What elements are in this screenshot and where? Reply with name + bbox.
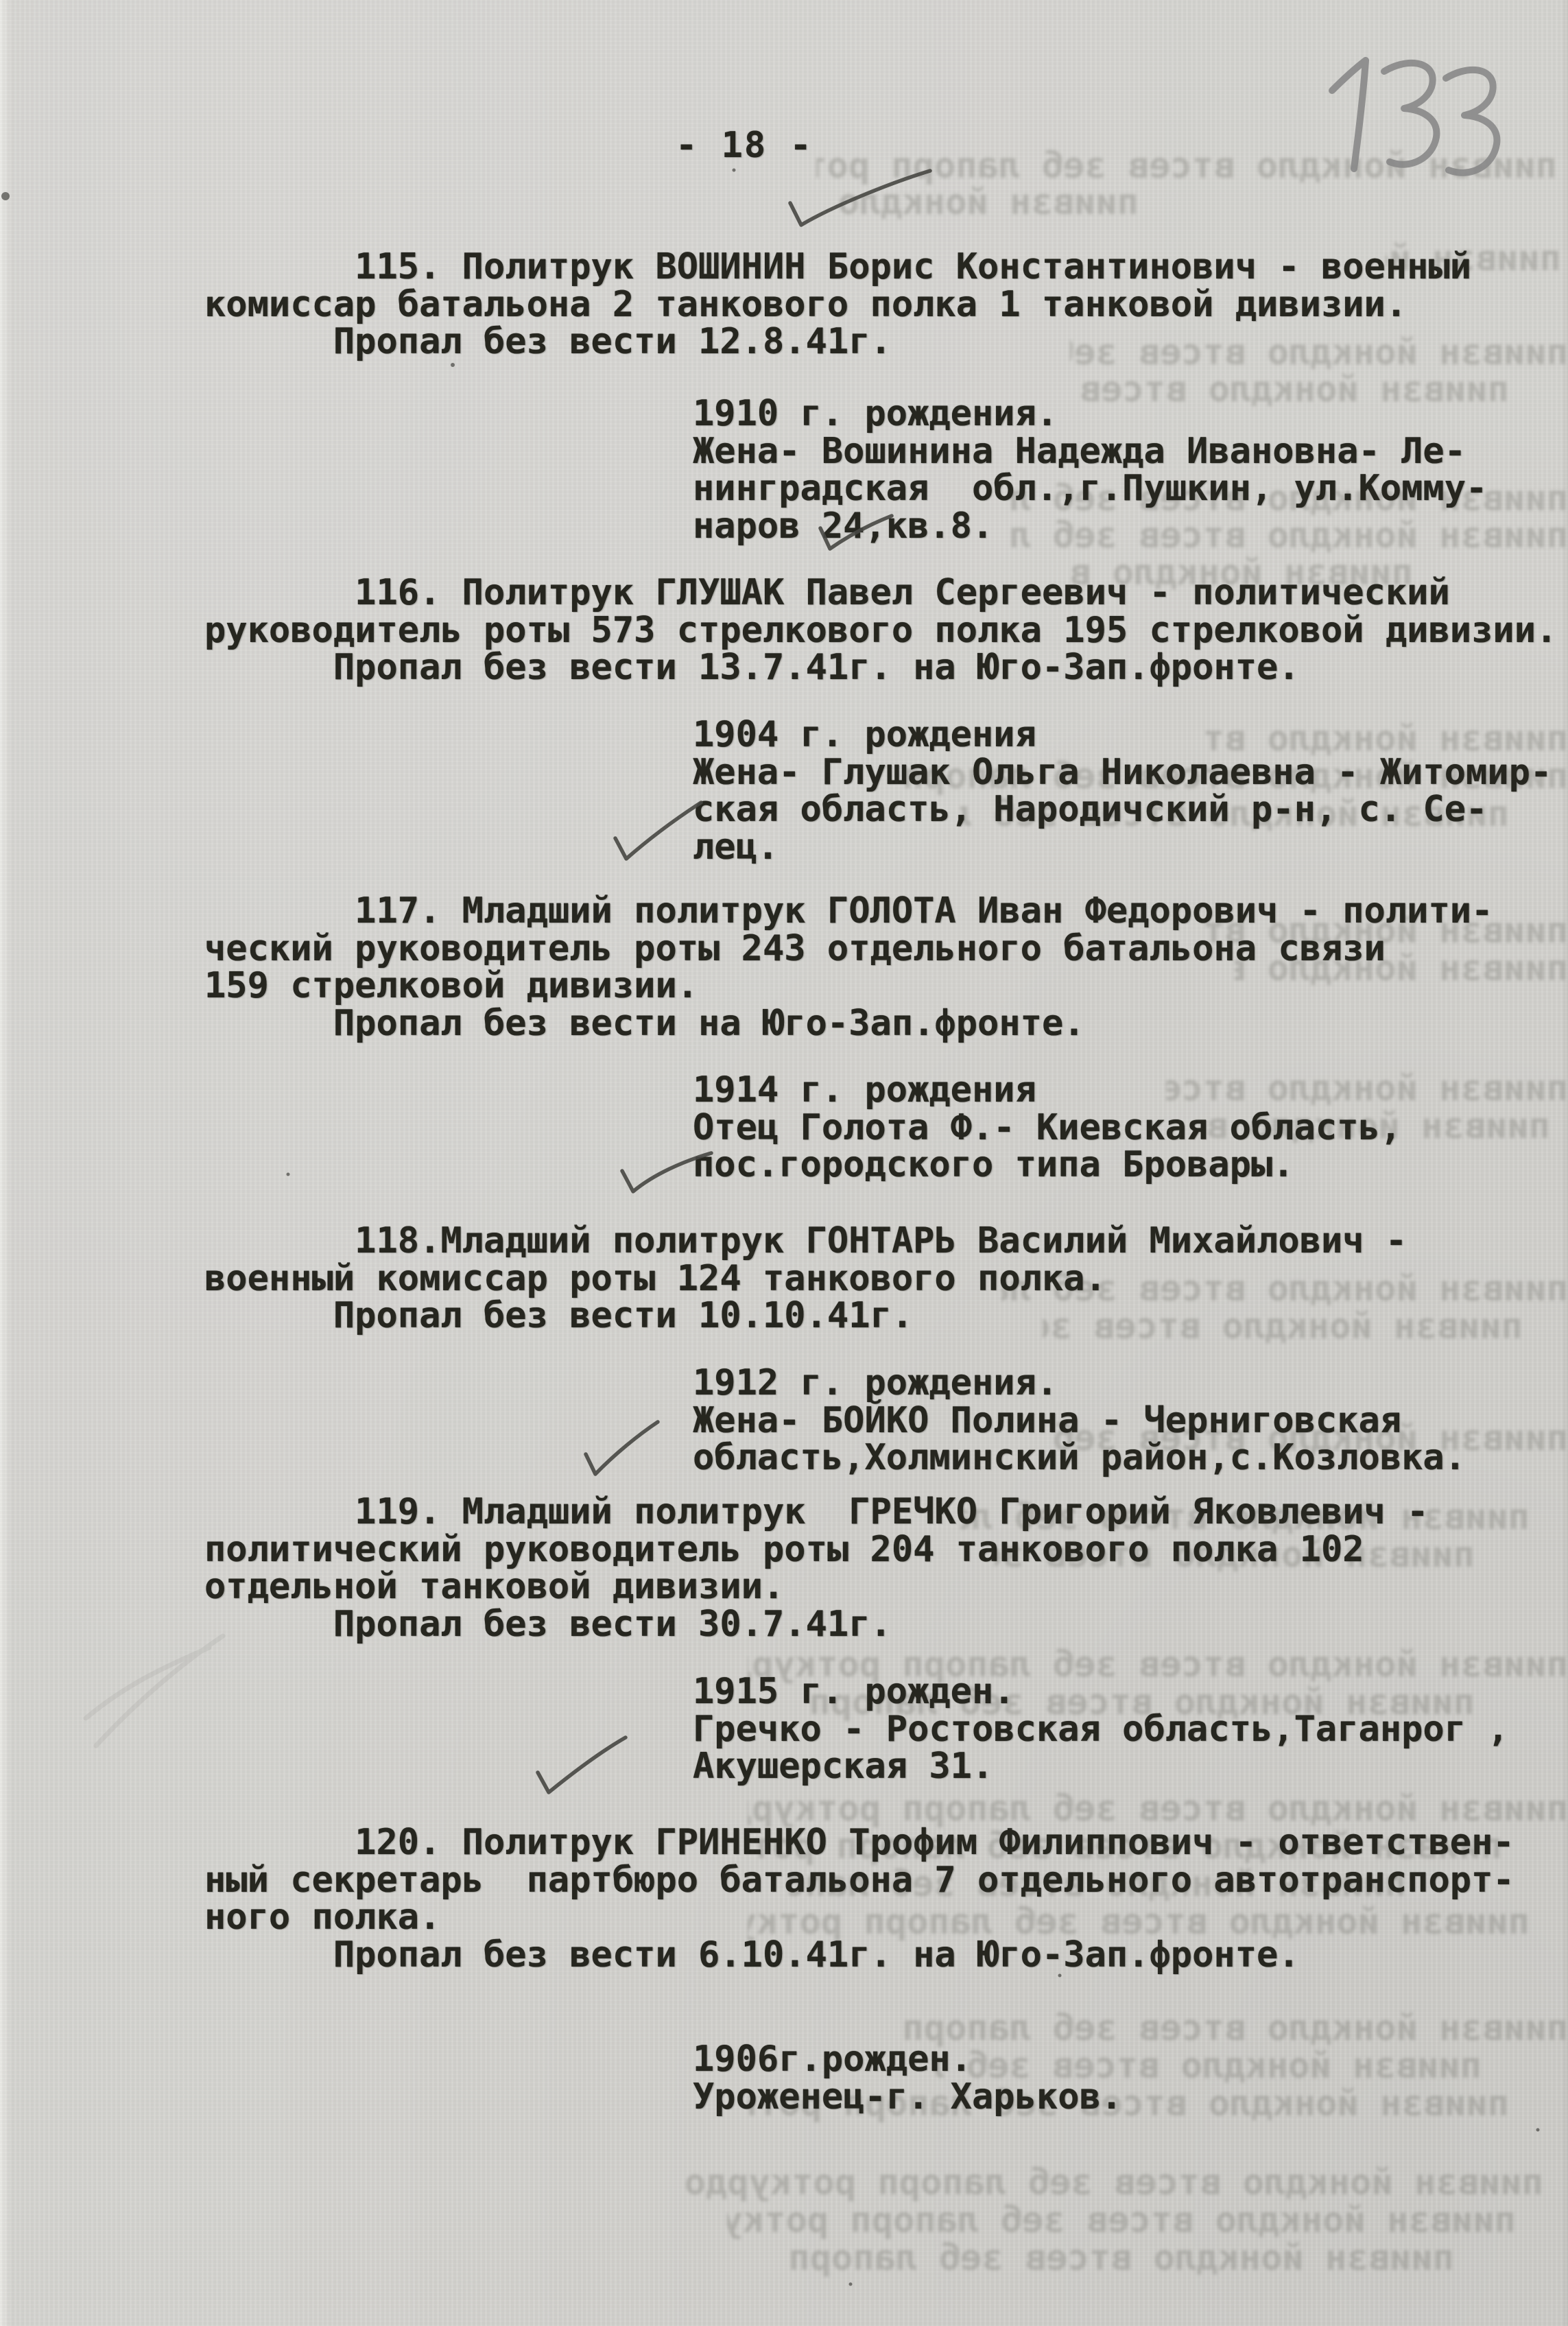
typed-line: ный секретарь партбюро батальона 7 отдел… [204,1862,1514,1899]
typed-line: 1915 г. рожден. [693,1673,1509,1711]
typed-line: Гречко - Ростовская область,Таганрог , [693,1711,1509,1748]
entry-117-head: 117. Младший политрук ГОЛОТА Иван Федоро… [204,892,1493,1042]
typed-line: 120. Политрук ГРИНЕНКО Трофим Филиппович… [204,1824,1514,1862]
entry-118-head: 118.Младший политрук ГОНТАРЬ Василий Мих… [204,1222,1407,1335]
typed-line: Уроженец-г. Харьков. [693,2078,1122,2116]
typed-line: ская область, Народичский р-н, с. Се- [693,791,1552,829]
typed-line: ного полка. [204,1899,1514,1936]
entry-120-head: 120. Политрук ГРИНЕНКО Трофим Филиппович… [204,1824,1514,1973]
typed-line: Пропал без вести 30.7.41г. [204,1606,1428,1643]
typed-line: 1906г.рожден. [693,2041,1122,2078]
typed-line: Отец Голота Ф.- Киевская область, [693,1109,1401,1147]
typed-line: пос.городского типа Бровары. [693,1146,1401,1184]
entry-120-detail: 1906г.рожден.Уроженец-г. Харьков. [693,2041,1122,2115]
typed-line: ческий руководитель роты 243 отдельного … [204,930,1493,968]
typed-line: руководитель роты 573 стрелкового полка … [204,612,1557,650]
typed-line: комиссар батальона 2 танкового полка 1 т… [204,286,1471,324]
typed-line: Пропал без вести 6.10.41г. на Юго-Зап.фр… [204,1936,1514,1974]
typed-line: Пропал без вести на Юго-Зап.фронте. [204,1005,1493,1043]
typed-line: военный комиссар роты 124 танкового полк… [204,1260,1407,1298]
typed-line: Пропал без вести 10.10.41г. [204,1297,1407,1335]
typed-line: область,Холминский район,с.Козловка. [693,1439,1466,1477]
entry-118-detail: 1912 г. рождения.Жена- БОЙКО Полина - Че… [693,1364,1466,1477]
page-number-header: - 18 - [676,127,813,165]
typed-line: Жена- Глушак Ольга Николаевна - Житомир- [693,754,1552,792]
typed-line: 1910 г. рождения. [693,395,1487,433]
typed-line: наров 24,кв.8. [693,508,1487,545]
entry-119-detail: 1915 г. рожден.Гречко - Ростовская облас… [693,1673,1509,1785]
typed-line: 159 стрелковой дивизии. [204,967,1493,1005]
entry-117-detail: 1914 г. рожденияОтец Голота Ф.- Киевская… [693,1071,1401,1184]
typed-text-layer: - 18 - 115. Политрук ВОШИНИН Борис Конст… [0,0,1568,2326]
typed-line: 115. Политрук ВОШИНИН Борис Константинов… [204,248,1471,286]
typed-line: 116. Политрук ГЛУШАК Павел Сергеевич - п… [204,574,1557,612]
entry-116-head: 116. Политрук ГЛУШАК Павел Сергеевич - п… [204,574,1557,687]
scanned-document-page: { "page": { "header_label": "- 18 -", "h… [0,0,1568,2326]
typed-line: отдельной танковой дивизии. [204,1568,1428,1606]
typed-line: лец. [693,829,1552,866]
typed-line: 119. Младший политрук ГРЕЧКО Григорий Як… [204,1493,1428,1531]
typed-line: 1912 г. рождения. [693,1364,1466,1402]
entry-119-head: 119. Младший политрук ГРЕЧКО Григорий Як… [204,1493,1428,1643]
typed-line: нинградская обл.,г.Пушкин, ул.Комму- [693,470,1487,508]
typed-line: 1904 г. рождения [693,716,1552,754]
entry-115-detail: 1910 г. рождения.Жена- Вошинина Надежда … [693,395,1487,545]
typed-line: Жена- Вошинина Надежда Ивановна- Ле- [693,433,1487,471]
typed-line: 118.Младший политрук ГОНТАРЬ Василий Мих… [204,1222,1407,1260]
typed-line: Пропал без вести 12.8.41г. [204,323,1471,361]
entry-116-detail: 1904 г. рожденияЖена- Глушак Ольга Никол… [693,716,1552,866]
typed-line: Акушерская 31. [693,1748,1509,1785]
typed-line: 1914 г. рождения [693,1071,1401,1109]
entry-115-head: 115. Политрук ВОШИНИН Борис Константинов… [204,248,1471,361]
typed-line: 117. Младший политрук ГОЛОТА Иван Федоро… [204,892,1493,930]
typed-line: Пропал без вести 13.7.41г. на Юго-Зап.фр… [204,649,1557,687]
typed-line: политический руководитель роты 204 танко… [204,1531,1428,1569]
typed-line: Жена- БОЙКО Полина - Черниговская [693,1402,1466,1440]
